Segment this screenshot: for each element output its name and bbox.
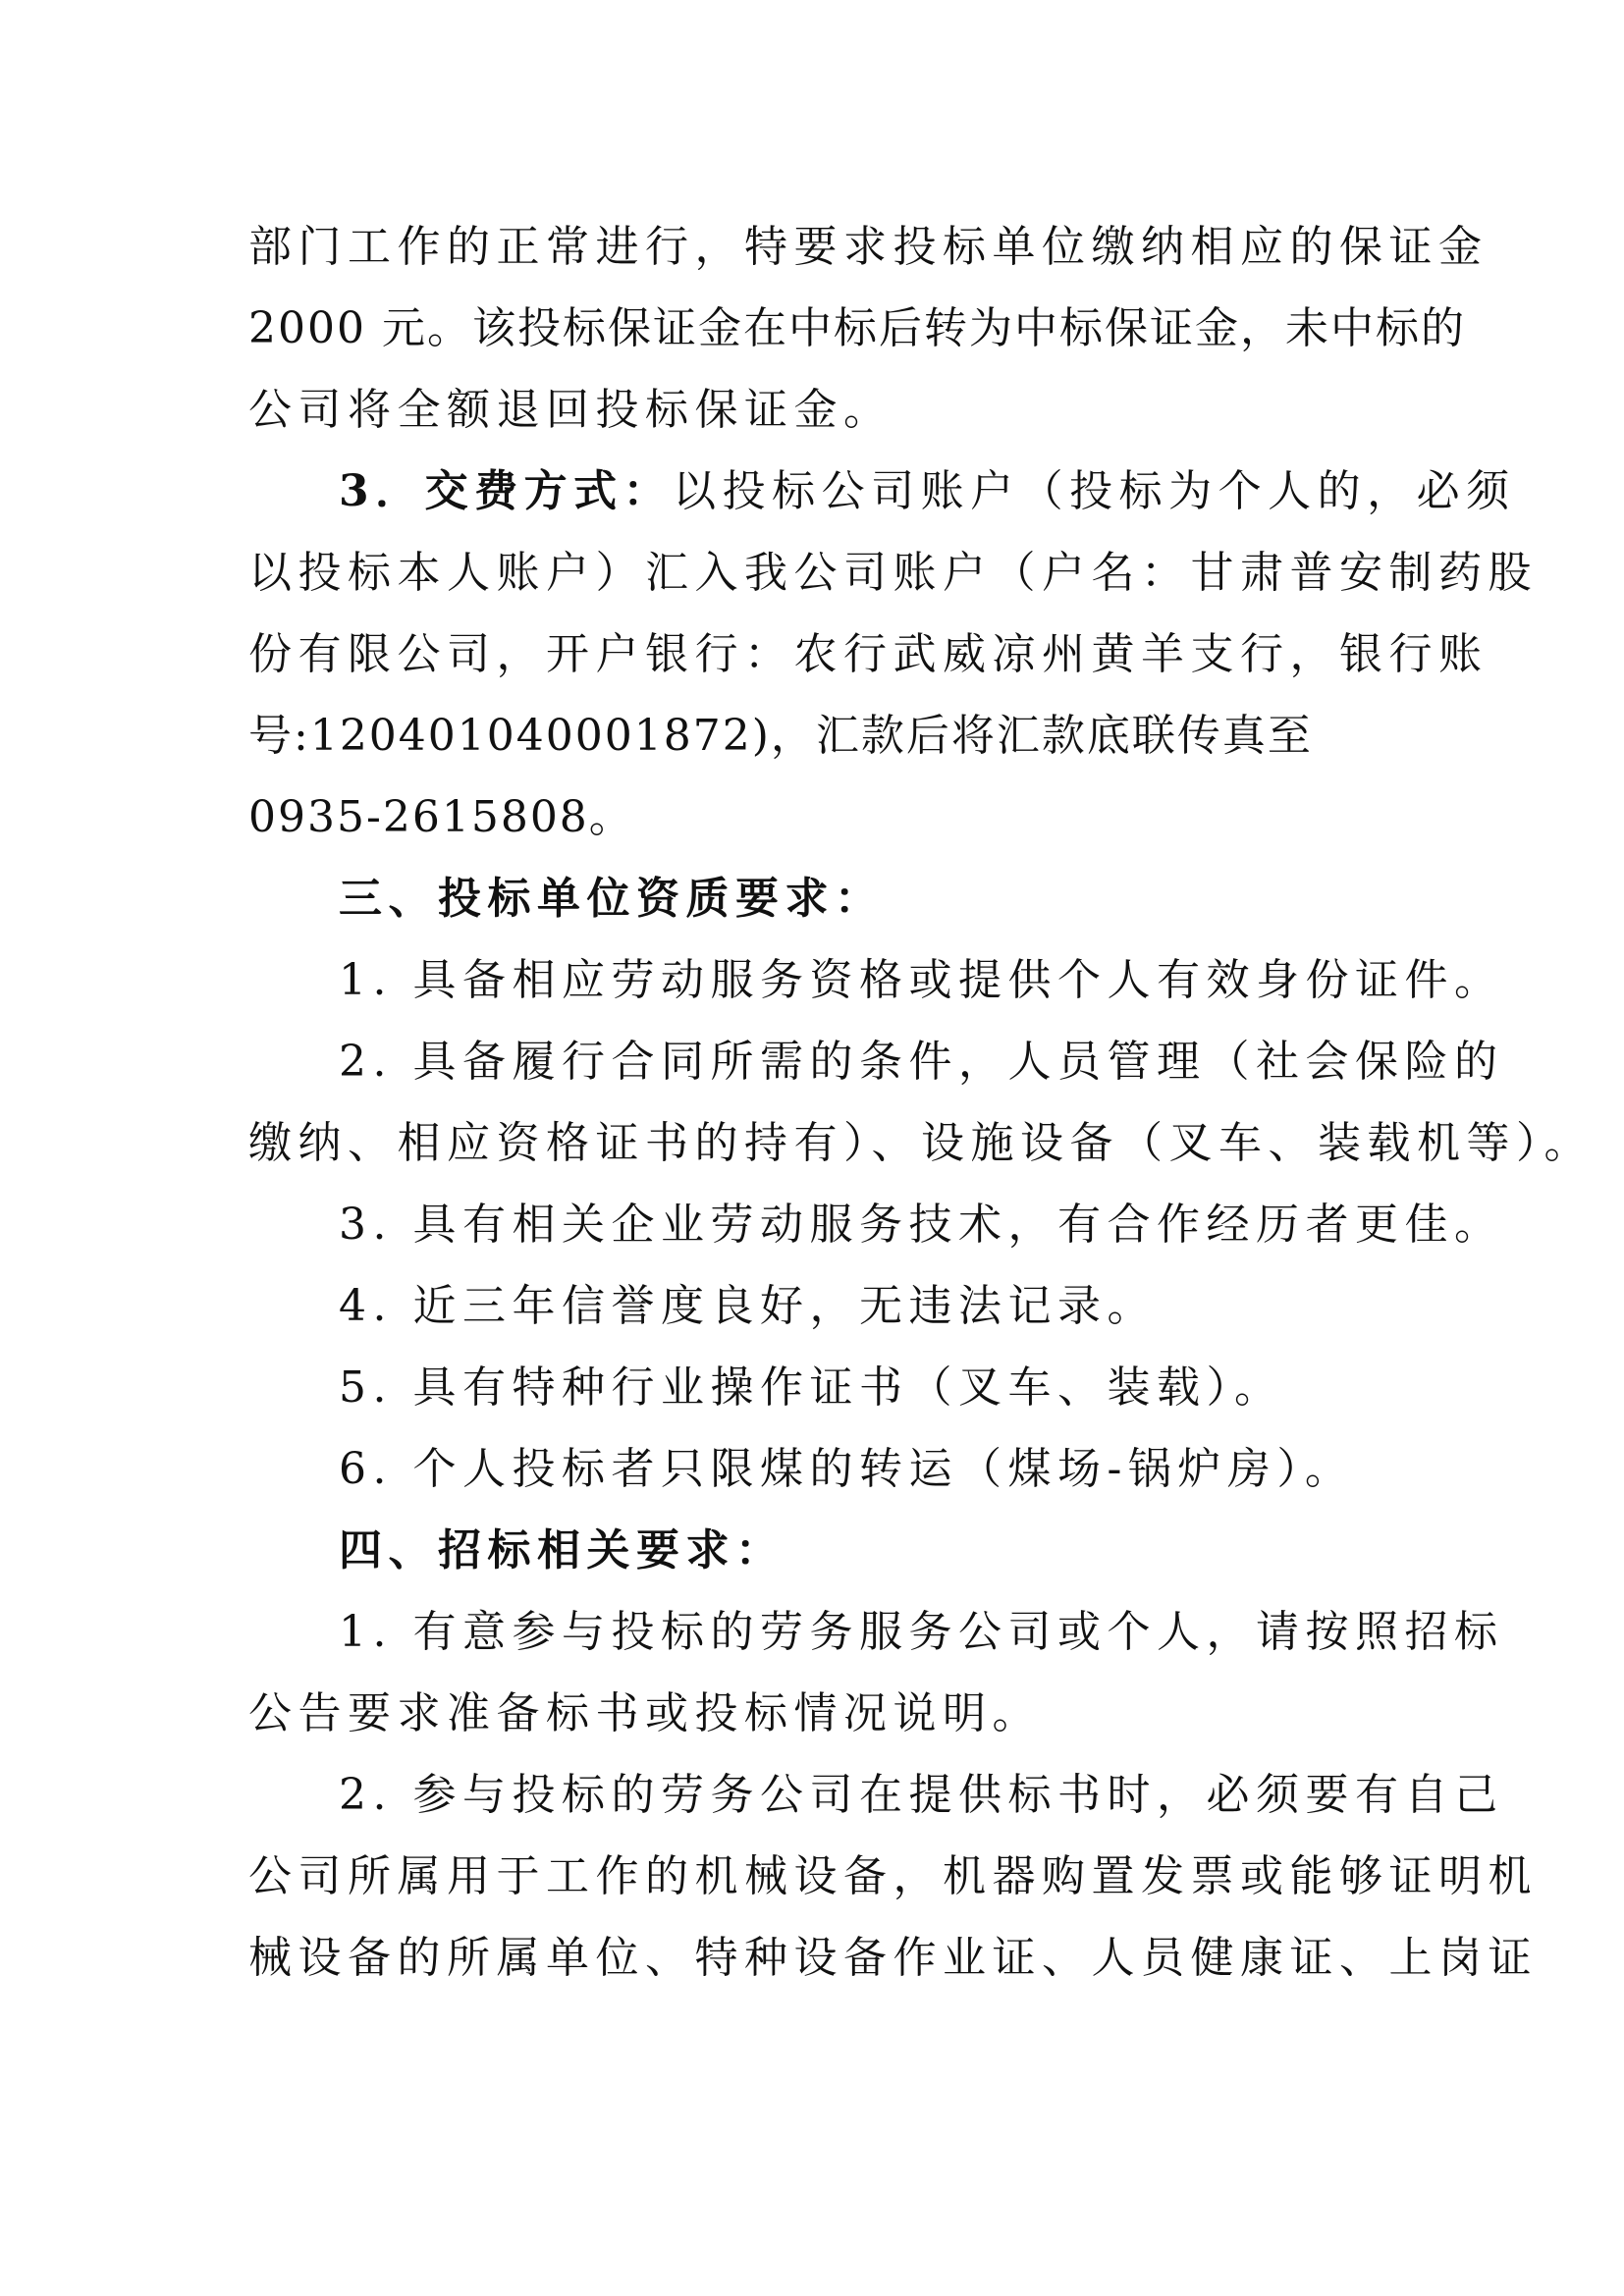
paragraph-line: 份有限公司，开户银行：农行武威凉州黄羊支行，银行账 — [248, 625, 1489, 684]
list-item: 4. 近三年信誉度良好，无违法记录。 — [339, 1277, 1157, 1336]
payment-method-line: 3．交费方式：以投标公司账户（投标为个人的，必须 — [339, 462, 1516, 521]
list-item: 5. 具有特种行业操作证书（叉车、装载）。 — [339, 1359, 1283, 1417]
list-item: 3. 具有相关企业劳动服务技术，有合作经历者更佳。 — [339, 1196, 1503, 1255]
section-heading: 四、招标相关要求： — [339, 1522, 785, 1580]
list-item: 1. 具备相应劳动服务资格或提供个人有效身份证件。 — [339, 951, 1503, 1010]
payment-method-text: 以投标公司账户（投标为个人的，必须 — [673, 466, 1516, 516]
list-item-continuation: 公告要求准备标书或投标情况说明。 — [248, 1684, 1042, 1743]
list-item: 2. 参与投标的劳务公司在提供标书时，必须要有自己 — [339, 1766, 1503, 1825]
payment-method-label: 3．交费方式： — [339, 466, 673, 516]
list-item: 2. 具备履行合同所需的条件，人员管理（社会保险的 — [339, 1033, 1503, 1092]
paragraph-line: 以投标本人账户）汇入我公司账户（户名：甘肃普安制药股 — [248, 544, 1538, 603]
paragraph-line: 2000 元。该投标保证金在中标后转为中标保证金，未中标的 — [248, 299, 1466, 358]
bank-account-line: 号:120401040001872)，汇款后将汇款底联传真至 — [248, 707, 1313, 766]
list-item: 6. 个人投标者只限煤的转运（煤场-锅炉房）。 — [339, 1440, 1354, 1499]
paragraph-line: 公司将全额退回投标保证金。 — [248, 381, 893, 440]
section-heading: 三、投标单位资质要求： — [339, 870, 885, 929]
fax-number-line: 0935-2615808。 — [248, 788, 634, 847]
list-item-continuation: 公司所属用于工作的机械设备，机器购置发票或能够证明机 — [248, 1847, 1538, 1906]
list-item-continuation: 械设备的所属单位、特种设备作业证、人员健康证、上岗证 — [248, 1929, 1538, 1988]
paragraph-line: 部门工作的正常进行，特要求投标单位缴纳相应的保证金 — [248, 218, 1489, 277]
list-item-continuation: 缴纳、相应资格证书的持有）、设施设备（叉车、装载机等）。 — [248, 1114, 1594, 1173]
list-item: 1. 有意参与投标的劳务服务公司或个人，请按照招标 — [339, 1603, 1503, 1662]
